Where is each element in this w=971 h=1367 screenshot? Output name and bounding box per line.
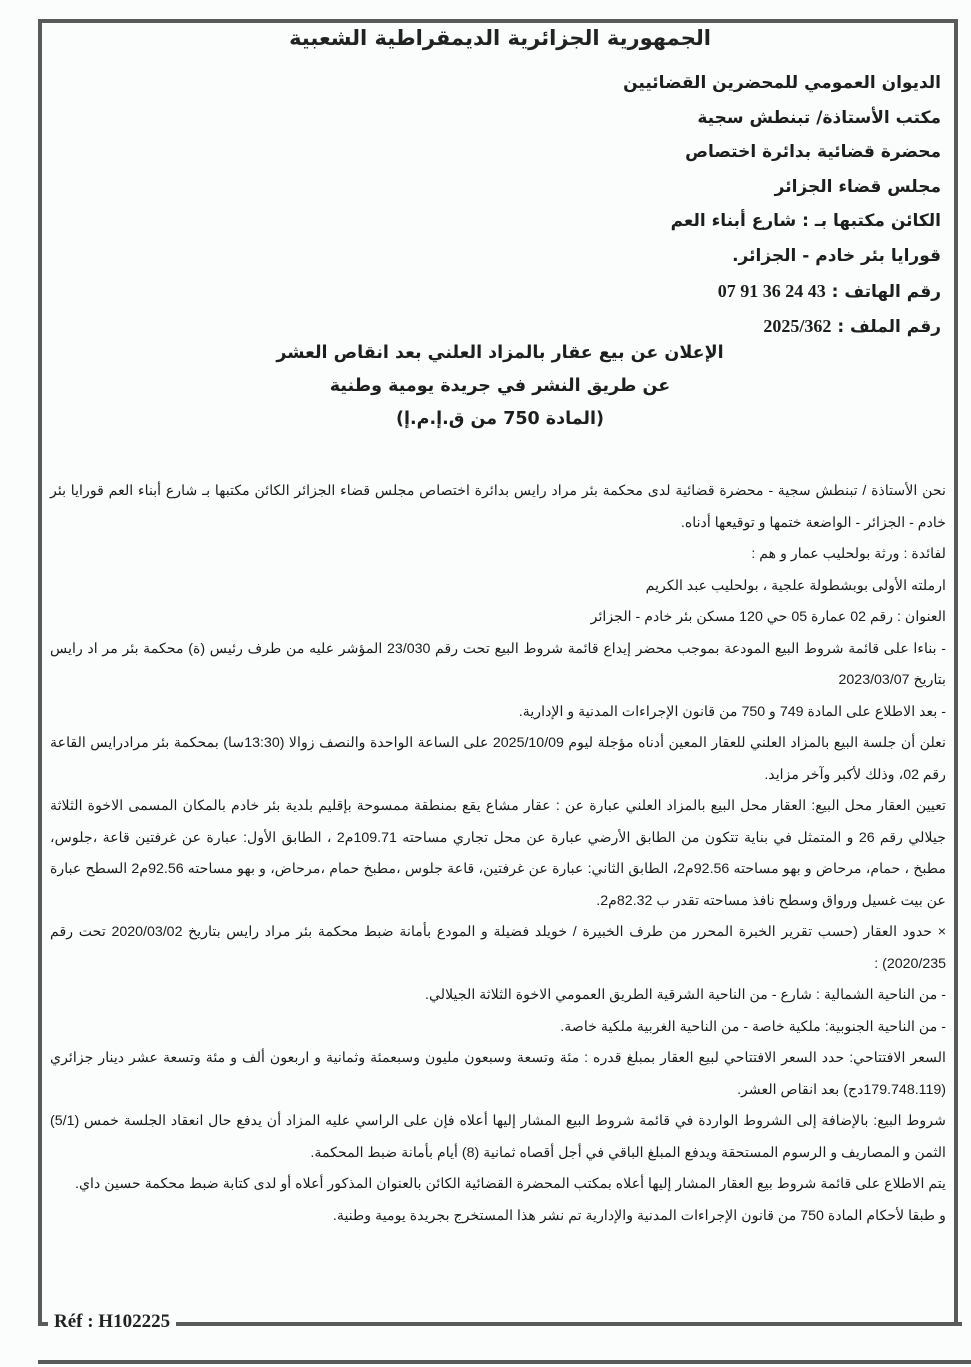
announcement-line-2: عن طريق النشر في جريدة يومية وطنية xyxy=(270,370,730,403)
court-name: مجلس قضاء الجزائر xyxy=(521,170,941,205)
announcement-line-1: الإعلان عن بيع عقار بالمزاد العلني بعد ا… xyxy=(270,337,730,370)
address-line-1: الكائن مكتبها بـ : شارع أبناء العم xyxy=(521,204,941,239)
file-number: 2025/362 xyxy=(763,316,831,336)
file-label: رقم الملف : xyxy=(837,317,941,337)
announcement-line-3: (المادة 750 من ق.إ.م.إ) xyxy=(270,403,730,436)
paragraph-publication: و طبقا لأحكام المادة 750 من قانون الإجرا… xyxy=(50,1201,946,1233)
office-name: الديوان العمومي للمحضرين القضائيين xyxy=(521,66,941,101)
paragraph-property-description: تعيين العقار محل البيع: العقار محل البيع… xyxy=(50,791,946,917)
paragraph-opening-price: السعر الافتتاحي: حدد السعر الافتتاحي لبي… xyxy=(50,1043,946,1106)
paragraph-north-east: - من الناحية الشمالية : شارع - من الناحي… xyxy=(50,980,946,1012)
phone-row: رقم الهاتف : 07 91 36 24 43 xyxy=(521,274,941,310)
paragraph-legal-basis: - بعد الاطلاع على المادة 749 و 750 من قا… xyxy=(50,697,946,729)
address-line-2: قورايا بئر خادم - الجزائر. xyxy=(521,239,941,274)
paragraph-beneficiary: لفائدة : ورثة بولحليب عمار و هم : xyxy=(50,539,946,571)
paragraph-consultation: يتم الاطلاع على قائمة شروط بيع العقار ال… xyxy=(50,1169,946,1201)
paragraph-intro: نحن الأستاذة / تبنطش سجية - محضرة قضائية… xyxy=(50,476,946,539)
paragraph-heirs: ارملته الأولى بوبشطولة علجية ، بولحليب ع… xyxy=(50,571,946,603)
phone-number: 07 91 36 24 43 xyxy=(718,281,826,301)
reference-code: Réf : H102225 xyxy=(48,1309,176,1335)
announcement-body: نحن الأستاذة / تبنطش سجية - محضرة قضائية… xyxy=(50,476,946,1232)
jurisdiction: محضرة قضائية بدائرة اختصاص xyxy=(521,135,941,170)
bailiff-header: الديوان العمومي للمحضرين القضائيين مكتب … xyxy=(521,66,941,345)
paragraph-session-date: نعلن أن جلسة البيع بالمزاد العلني للعقار… xyxy=(50,728,946,791)
page-divider xyxy=(38,1360,971,1364)
paragraph-property-boundaries: × حدود العقار (حسب تقرير الخبرة المحرر م… xyxy=(50,917,946,980)
announcement-heading: الإعلان عن بيع عقار بالمزاد العلني بعد ا… xyxy=(270,337,730,436)
paragraph-address: العنوان : رقم 02 عمارة 05 حي 120 مسكن بئ… xyxy=(50,602,946,634)
document-title: الجمهورية الجزائرية الديمقراطية الشعبية xyxy=(250,26,750,50)
frame-bottom-border xyxy=(38,1322,962,1326)
bailiff-name: مكتب الأستاذة/ تبنطش سجية xyxy=(521,101,941,136)
paragraph-south-west: - من الناحية الجنوبية: ملكية خاصة - من ا… xyxy=(50,1012,946,1044)
phone-label: رقم الهاتف : xyxy=(832,282,941,302)
paragraph-sale-terms: شروط البيع: بالإضافة إلى الشروط الواردة … xyxy=(50,1106,946,1169)
paragraph-conditions-filing: - بناءا على قائمة شروط البيع المودعة بمو… xyxy=(50,634,946,697)
